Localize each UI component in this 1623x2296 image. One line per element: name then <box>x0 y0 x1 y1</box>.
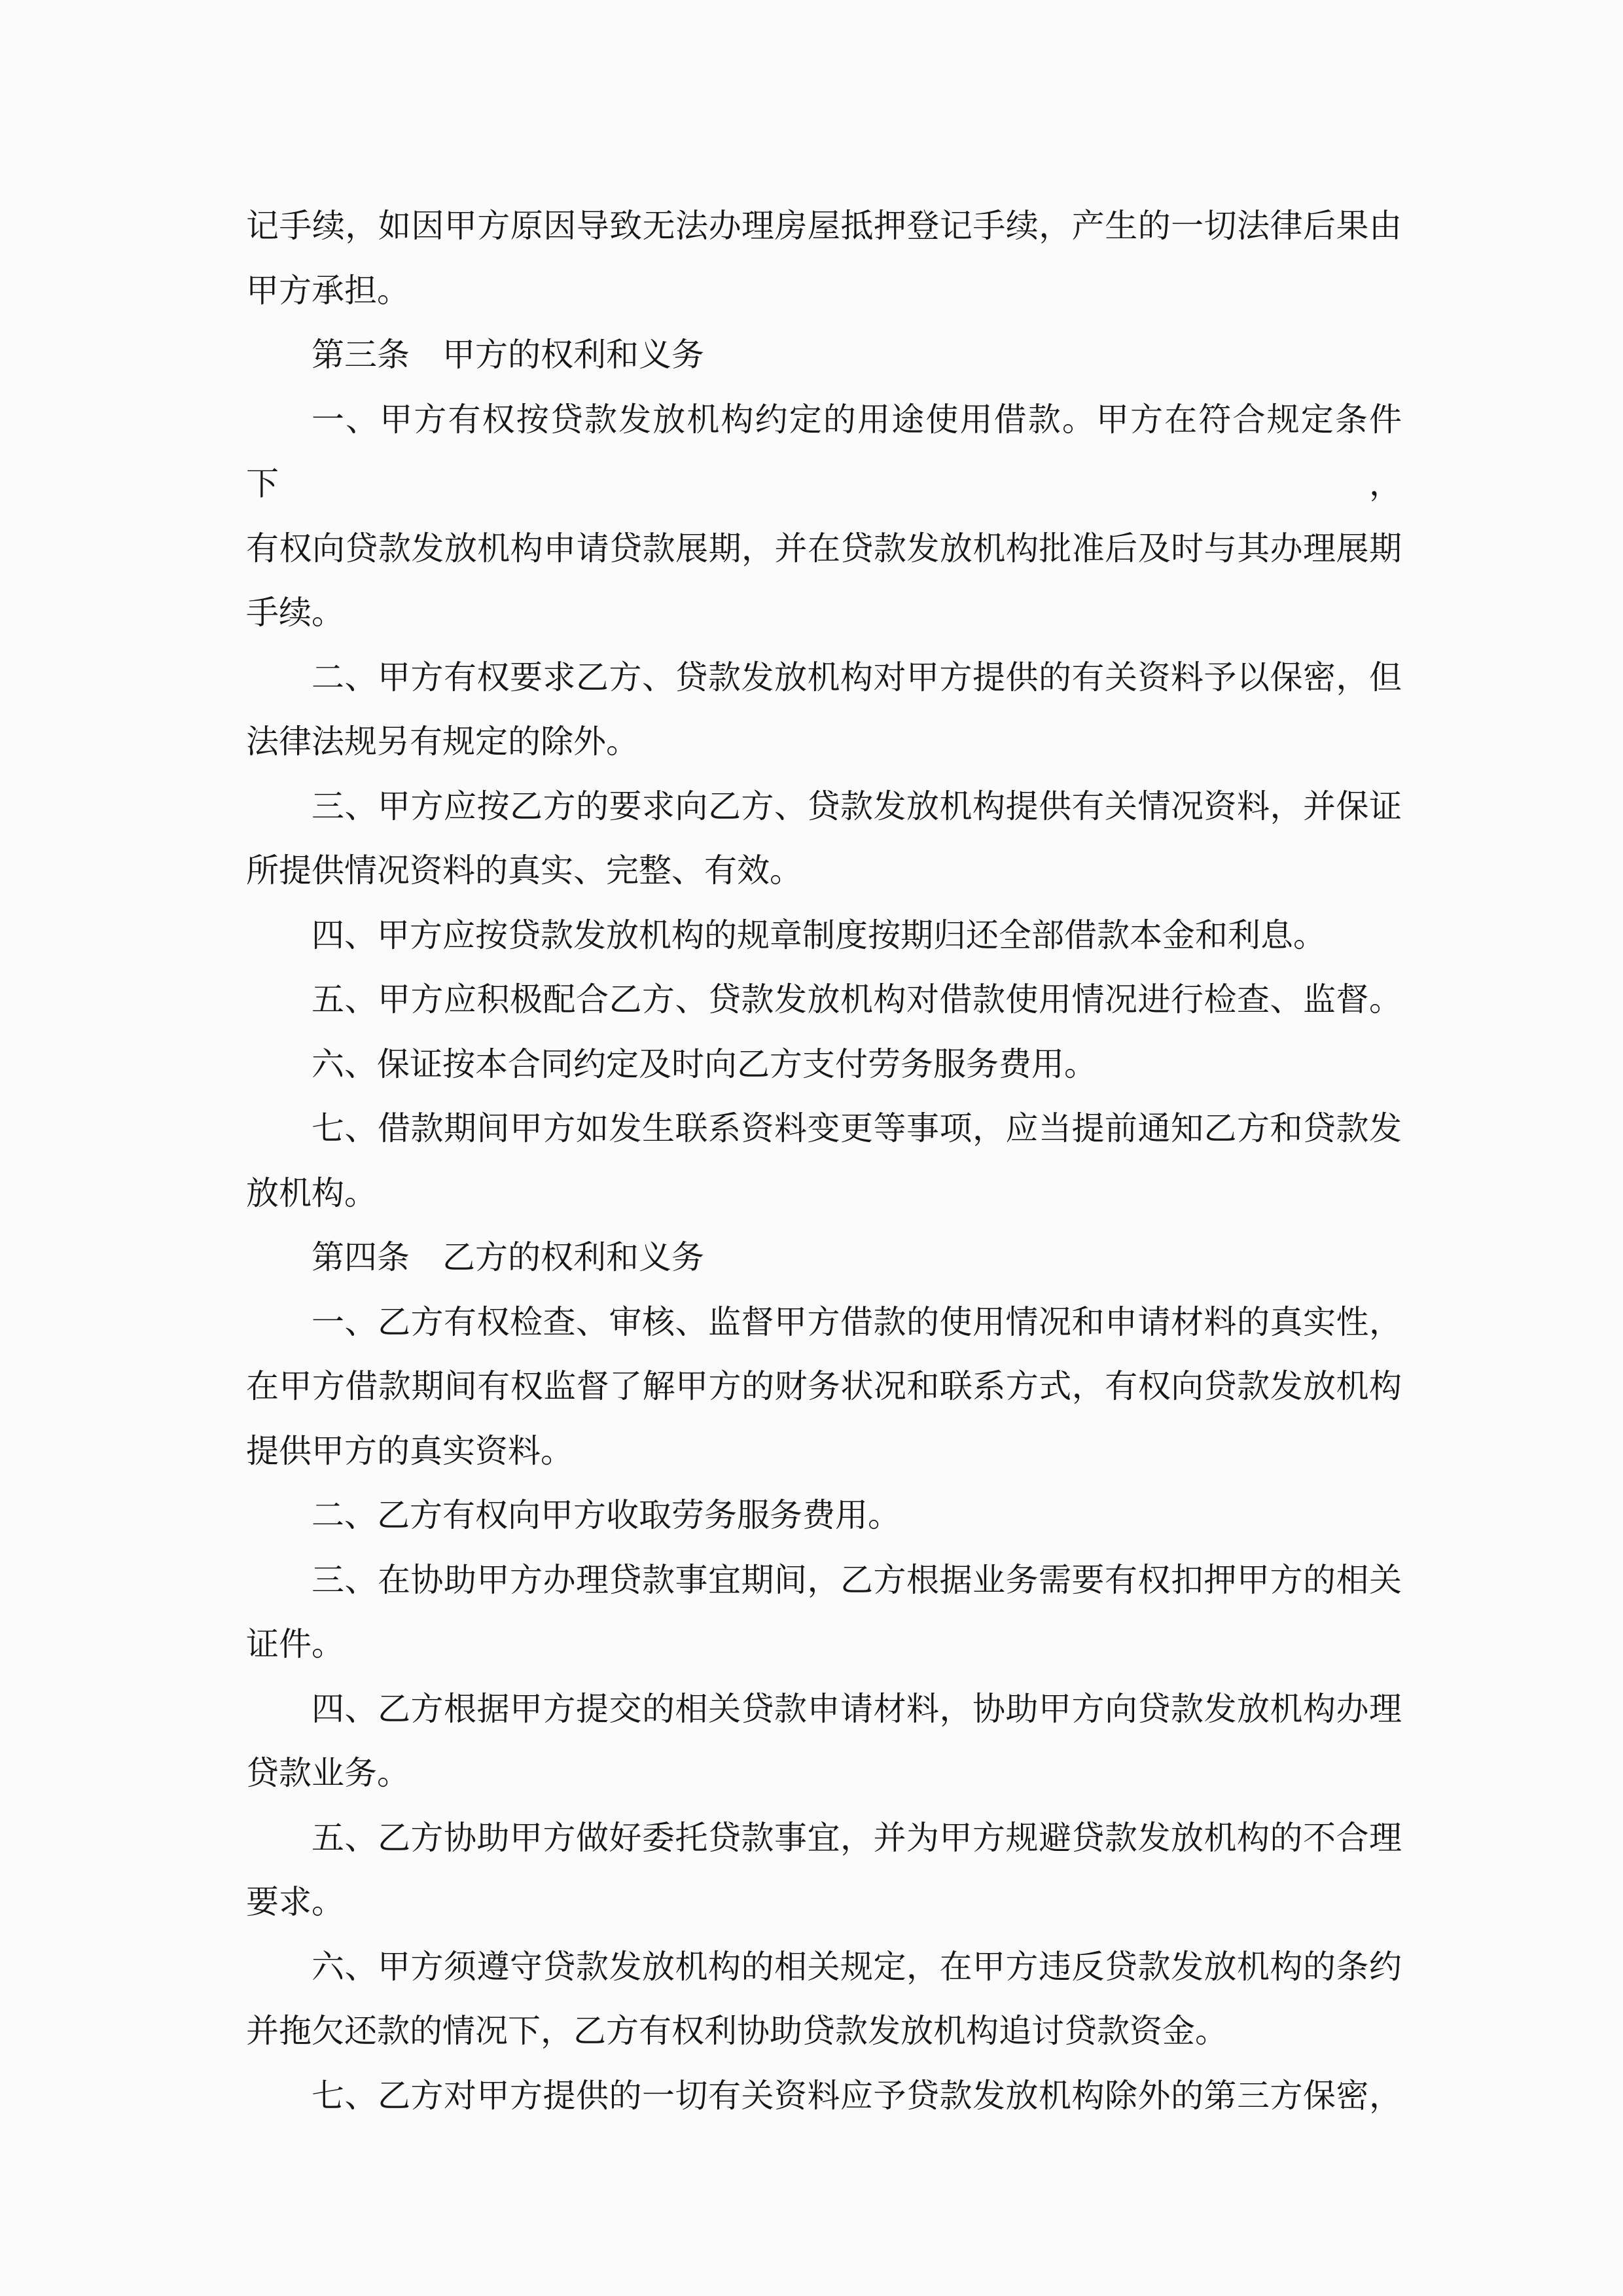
text-line: 七、借款期间甲方如发生联系资料变更等事项，应当提前通知乙方和贷款发 <box>246 1096 1402 1161</box>
document-page: 记手续，如因甲方原因导致无法办理房屋抵押登记手续，产生的一切法律后果由 甲方承担… <box>0 0 1623 2296</box>
contract-text-block: 记手续，如因甲方原因导致无法办理房屋抵押登记手续，产生的一切法律后果由 甲方承担… <box>246 194 1402 2128</box>
text-line: 所提供情况资料的真实、完整、有效。 <box>246 838 1402 903</box>
text-line: 法律法规另有规定的除外。 <box>246 709 1402 774</box>
text-line: 贷款业务。 <box>246 1741 1402 1806</box>
text-line: 在甲方借款期间有权监督了解甲方的财务状况和联系方式，有权向贷款发放机构 <box>246 1354 1402 1419</box>
text-line: 三、甲方应按乙方的要求向乙方、贷款发放机构提供有关情况资料，并保证 <box>246 774 1402 839</box>
text-line: 六、甲方须遵守贷款发放机构的相关规定，在甲方违反贷款发放机构的条约 <box>246 1935 1402 2000</box>
text-line: 四、甲方应按贷款发放机构的规章制度按期归还全部借款本金和利息。 <box>246 903 1402 968</box>
text-line: 放机构。 <box>246 1161 1402 1226</box>
text-line: 六、保证按本合同约定及时向乙方支付劳务服务费用。 <box>246 1032 1402 1097</box>
text-line: 要求。 <box>246 1870 1402 1935</box>
text-line: 五、乙方协助甲方做好委托贷款事宜，并为甲方规避贷款发放机构的不合理 <box>246 1806 1402 1871</box>
text-line: 四、乙方根据甲方提交的相关贷款申请材料，协助甲方向贷款发放机构办理 <box>246 1677 1402 1742</box>
text-line: 并拖欠还款的情况下，乙方有权利协助贷款发放机构追讨贷款资金。 <box>246 1999 1402 2064</box>
text-line: 七、乙方对甲方提供的一切有关资料应予贷款发放机构除外的第三方保密， <box>246 2064 1402 2128</box>
section-heading: 第四条 乙方的权利和义务 <box>246 1225 1402 1290</box>
text-line: 提供甲方的真实资料。 <box>246 1419 1402 1484</box>
text-line: 二、甲方有权要求乙方、贷款发放机构对甲方提供的有关资料予以保密，但 <box>246 645 1402 710</box>
text-line: 甲方承担。 <box>246 259 1402 323</box>
text-line: 记手续，如因甲方原因导致无法办理房屋抵押登记手续，产生的一切法律后果由 <box>246 194 1402 259</box>
text-line: 三、在协助甲方办理贷款事宜期间，乙方根据业务需要有权扣押甲方的相关 <box>246 1548 1402 1613</box>
text-line: 有权向贷款发放机构申请贷款展期，并在贷款发放机构批准后及时与其办理展期 <box>246 516 1402 581</box>
text-line: 五、甲方应积极配合乙方、贷款发放机构对借款使用情况进行检查、监督。 <box>246 967 1402 1032</box>
section-heading: 第三条 甲方的权利和义务 <box>246 323 1402 387</box>
text-line: 手续。 <box>246 581 1402 645</box>
text-line: 一、乙方有权检查、审核、监督甲方借款的使用情况和申请材料的真实性， <box>246 1290 1402 1355</box>
text-line: 二、乙方有权向甲方收取劳务服务费用。 <box>246 1483 1402 1548</box>
text-line: 证件。 <box>246 1612 1402 1677</box>
text-line: 一、甲方有权按贷款发放机构约定的用途使用借款。甲方在符合规定条件下， <box>246 387 1402 516</box>
